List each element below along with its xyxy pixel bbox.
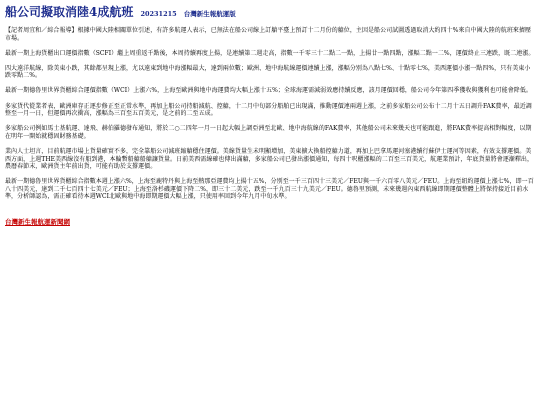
- article-page: 船公司擬取消陸4成航班 20231215 台灣新生報航運版 【記者周宜和／綜合報…: [0, 0, 540, 228]
- article-paragraph: 最新一期德魯里世界貨櫃綜合運價指數（WCI）上漲六%，上海至歐洲與地中海運費均大…: [5, 87, 535, 95]
- article-paragraph: 業內人士坦言，目前航運市場上貨量確實不多，完全靠船公司減班縮艙穩住運價。美線貨量…: [5, 148, 535, 171]
- article-paragraph: 四大遠洋航線，除美東小跌，其餘都呈現上漲，尤以遠東到地中海漲幅最大，達到兩位數；…: [5, 65, 535, 80]
- article-paragraph: 【記者周宜和／綜合報導】根據中國大陸相關單位引述，有許多航運人表示，已無法在船公…: [5, 27, 535, 42]
- article-paragraph: 最新一期上海貨櫃出口運價指數（SCFI）繼上周重返千點後，本周持續再度上揚，是連…: [5, 50, 535, 58]
- news-site-link[interactable]: 台灣新生報航運新聞網: [5, 217, 70, 226]
- article-title: 船公司擬取消陸4成航班: [5, 5, 133, 19]
- article-paragraph: 多家貨代從業者表，歐洲庫存正逐步修正至正常水準，再加上船公司持船減航、控艙，十二…: [5, 103, 535, 118]
- article-date: 20231215: [140, 10, 176, 18]
- article-paragraph: 最新一期德魯里世界貨櫃綜合指數本週上漲六%，上海至鹿特丹與上海至熱那亞運費均上揚…: [5, 178, 535, 201]
- article-paragraph: 多家船公司例如馬士基航運、達飛、赫伯羅德發布通知，將於二○二四年一月一日起大幅上…: [5, 125, 535, 140]
- article-headline: 船公司擬取消陸4成航班 20231215 台灣新生報航運版: [5, 4, 535, 21]
- article-source: 台灣新生報航運版: [184, 10, 236, 18]
